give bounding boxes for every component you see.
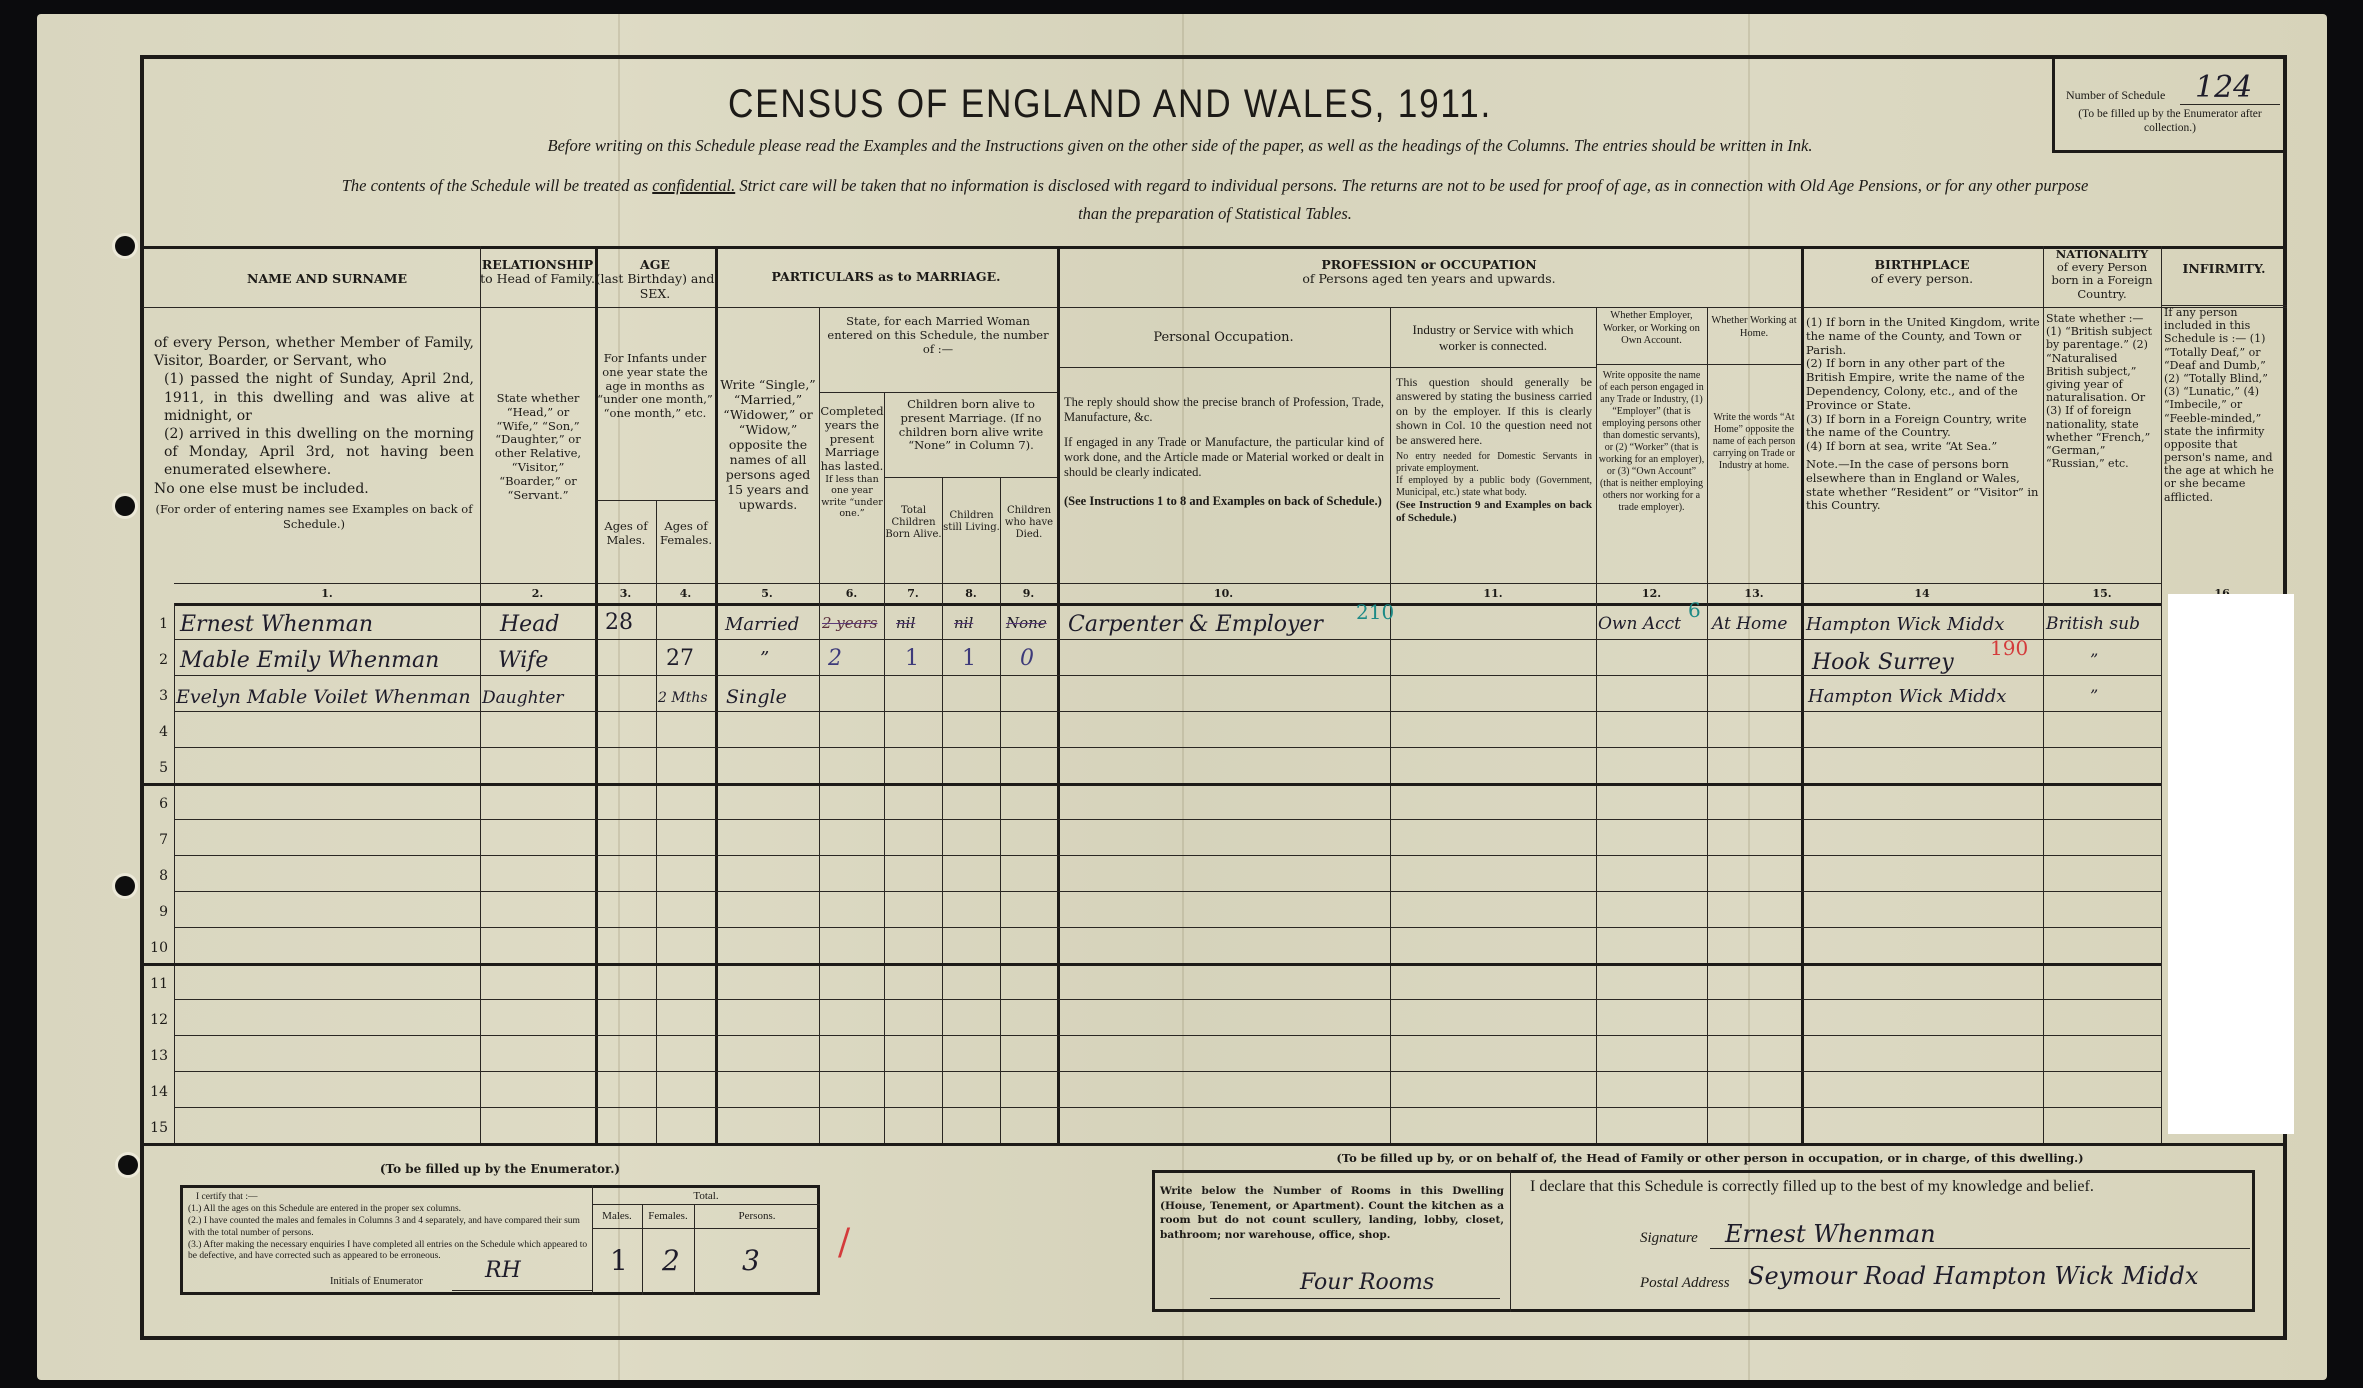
signature-underline — [1710, 1248, 2250, 1249]
head-of-family-heading: (To be filled up by, or on behalf of, th… — [1190, 1152, 2230, 1165]
header-years-married: Completed years the present Marriage has… — [820, 405, 884, 520]
rooms-divider — [1510, 1170, 1511, 1312]
redacted-infirmity-column — [2168, 594, 2294, 1134]
header-industry: Industry or Service with which worker is… — [1393, 322, 1593, 353]
header-infirmity: INFIRMITY. — [2161, 262, 2287, 276]
col-divider — [1707, 307, 1708, 1143]
person-name[interactable]: Ernest Whenman — [180, 612, 373, 637]
row-line — [174, 855, 2161, 856]
column-number: 5. — [715, 587, 819, 600]
punch-hole-icon — [115, 236, 135, 256]
red-check-mark: / — [838, 1222, 850, 1263]
header-relationship-desc: State whether “Head,” or “Wife,” “Son,” … — [484, 392, 592, 502]
person-occupation[interactable]: Carpenter & Employer — [1068, 612, 1323, 637]
header-marriage: PARTICULARS as to MARRIAGE. — [715, 270, 1057, 284]
header-age-desc: For Infants under one year state the age… — [597, 352, 713, 421]
header-profession: PROFESSION or OCCUPATION of Persons aged… — [1057, 258, 1801, 287]
rooms-value[interactable]: Four Rooms — [1300, 1270, 1434, 1295]
person-nationality[interactable]: ” — [2090, 686, 2098, 705]
total-label: Total. — [592, 1190, 820, 1203]
initials-label: Initials of Enumerator — [330, 1276, 423, 1289]
person-marital[interactable]: Married — [725, 614, 799, 635]
row-number: 2 — [140, 652, 168, 668]
person-name[interactable]: Evelyn Mable Voilet Whenman — [176, 686, 471, 708]
row-number: 9 — [140, 904, 168, 920]
column-number: 14 — [1801, 587, 2043, 600]
row-line — [174, 675, 2161, 676]
col-divider — [1000, 477, 1001, 1143]
header-employer: Whether Employer, Worker, or Working on … — [1598, 310, 1705, 348]
total-divider — [694, 1204, 695, 1295]
married-woman-divider — [819, 392, 1057, 393]
person-marital[interactable]: Single — [726, 686, 787, 708]
row-number: 6 — [140, 796, 168, 812]
person-children-total[interactable]: nil — [896, 614, 915, 632]
declaration: I declare that this Schedule is correctl… — [1530, 1178, 2094, 1196]
row-line-group — [143, 963, 2161, 966]
birthplace-code: 190 — [1990, 636, 2028, 660]
header-occupation-desc: The reply should show the precise branch… — [1064, 395, 1384, 509]
header-employer-desc: Write opposite the name of each person e… — [1598, 370, 1705, 514]
header-age-females: Ages of Females. — [657, 520, 715, 548]
person-relationship[interactable]: Head — [500, 612, 559, 637]
person-age-female[interactable]: 2 Mths — [658, 690, 708, 706]
row-number: 4 — [140, 724, 168, 740]
total-line — [592, 1204, 820, 1205]
header-divider — [143, 307, 2287, 308]
instruction-line: Before writing on this Schedule please r… — [330, 136, 2030, 156]
person-name[interactable]: Mable Emily Whenman — [180, 648, 439, 673]
header-age-males: Ages of Males. — [597, 520, 655, 548]
person-birthplace[interactable]: Hook Surrey — [1812, 650, 1954, 675]
column-number: 4. — [656, 587, 715, 600]
schedule-number-note: (To be filled up by the Enumerator after… — [2060, 108, 2280, 136]
header-infirmity-desc: If any person included in this Schedule … — [2164, 306, 2284, 504]
column-number: 1. — [174, 587, 480, 600]
row-line — [174, 711, 2161, 712]
punch-hole-icon — [115, 876, 135, 896]
column-number: 13. — [1707, 587, 1801, 600]
header-married-woman: State, for each Married Woman entered on… — [822, 315, 1054, 356]
header-nationality-desc: State whether :— (1) “British subject by… — [2046, 312, 2158, 470]
persons-total[interactable]: 3 — [742, 1244, 760, 1277]
age-sub-divider — [595, 500, 715, 501]
row-number: 11 — [140, 976, 168, 992]
row-number: 3 — [140, 688, 168, 704]
header-birthplace: BIRTHPLACE of every person. — [1801, 258, 2043, 287]
females-label: Females. — [642, 1210, 694, 1223]
initials-underline — [452, 1290, 592, 1291]
col-divider — [174, 603, 175, 1143]
males-label: Males. — [592, 1210, 642, 1223]
col-divider — [1057, 246, 1060, 1143]
rooms-instruction: Write below the Number of Rooms in this … — [1160, 1184, 1504, 1243]
row-line — [174, 639, 2161, 640]
postal-address-value[interactable]: Seymour Road Hampton Wick Middx — [1748, 1262, 2198, 1290]
confidential-word: confidential. — [652, 176, 735, 195]
header-name-desc: of every Person, whether Member of Famil… — [154, 334, 474, 532]
header-total-children: Total Children Born Alive. — [885, 505, 942, 541]
rooms-underline — [1210, 1298, 1500, 1299]
females-total[interactable]: 2 — [662, 1244, 680, 1277]
col-divider — [715, 246, 718, 1143]
row-line — [174, 1035, 2161, 1036]
person-relationship[interactable]: Wife — [498, 648, 548, 673]
person-children-living[interactable]: 1 — [962, 646, 976, 671]
row-line — [174, 891, 2161, 892]
row-line — [174, 1071, 2161, 1072]
punch-hole-icon — [118, 1155, 138, 1175]
row-line — [174, 999, 2161, 1000]
person-nationality[interactable]: British sub — [2046, 614, 2140, 634]
header-at-home-desc: Write the words “At Home” opposite the n… — [1709, 412, 1799, 472]
form-title: CENSUS OF ENGLAND AND WALES, 1911. — [626, 82, 1594, 127]
col-divider — [2161, 246, 2162, 1143]
employer-sub-divider — [1596, 364, 1801, 365]
header-marital-desc: Write “Single,” “Married,” “Widower,” or… — [720, 377, 816, 512]
table-bottom-border — [143, 1143, 2287, 1146]
column-number: 9. — [1000, 587, 1057, 600]
header-children-died: Children who have Died. — [1001, 505, 1057, 541]
signature-label: Signature — [1640, 1230, 1698, 1247]
persons-label: Persons. — [694, 1210, 820, 1223]
postal-address-label: Postal Address — [1640, 1275, 1730, 1292]
col-divider — [1390, 307, 1391, 1143]
column-number: 10. — [1057, 587, 1390, 600]
column-number: 2. — [480, 587, 595, 600]
col-divider — [2043, 246, 2044, 1143]
person-years-married[interactable]: 2 years — [822, 614, 877, 632]
row-line — [174, 927, 2161, 928]
row-number: 5 — [140, 760, 168, 776]
signature-value[interactable]: Ernest Whenman — [1725, 1220, 1936, 1248]
person-birthplace[interactable]: Hampton Wick Middx — [1808, 686, 2006, 707]
person-children-total[interactable]: 1 — [905, 646, 919, 671]
column-number: 3. — [595, 587, 656, 600]
col-divider — [480, 246, 481, 1143]
enumerator-certify: I certify that :— (1.) All the ages on t… — [188, 1192, 588, 1263]
row-number: 1 — [140, 616, 168, 632]
header-industry-desc: This question should generally be answer… — [1396, 375, 1592, 525]
col-divider — [942, 477, 943, 1143]
row-number: 10 — [140, 940, 168, 956]
person-years-married[interactable]: 2 — [828, 646, 842, 671]
col-divider — [1596, 307, 1597, 1143]
header-nationality: NATIONALITY of every Person born in a Fo… — [2043, 248, 2161, 301]
column-number: 6. — [819, 587, 884, 600]
header-birthplace-desc: (1) If born in the United Kingdom, write… — [1806, 316, 2040, 513]
table-top-border — [143, 246, 2287, 249]
header-children-living: Children still Living. — [943, 510, 1000, 534]
person-relationship[interactable]: Daughter — [482, 688, 564, 708]
person-children-died[interactable]: None — [1006, 614, 1047, 632]
total-line — [592, 1228, 820, 1229]
column-number: 8. — [942, 587, 1000, 600]
row-number: 15 — [140, 1120, 168, 1136]
person-age-male[interactable]: 28 — [605, 610, 633, 635]
occupation-sub-divider — [1057, 367, 1596, 368]
row-number: 8 — [140, 868, 168, 884]
header-name: NAME AND SURNAME — [174, 272, 480, 286]
row-line-group — [143, 783, 2161, 786]
person-employment-status[interactable]: Own Acct — [1598, 614, 1681, 634]
enumerator-heading: (To be filled up by the Enumerator.) — [300, 1163, 700, 1177]
confidential-notice-line2: than the preparation of Statistical Tabl… — [165, 204, 2265, 224]
row-number: 7 — [140, 832, 168, 848]
children-divider — [884, 477, 1057, 478]
person-nationality[interactable]: ” — [2090, 650, 2098, 669]
column-number-row-top — [174, 583, 2161, 584]
row-number: 12 — [140, 1012, 168, 1028]
row-line — [174, 1107, 2161, 1108]
header-relationship: RELATIONSHIP to Head of Family. — [480, 258, 595, 287]
schedule-number-label: Number of Schedule — [2066, 88, 2165, 102]
header-children: Children born alive to present Marriage.… — [886, 398, 1056, 453]
schedule-number-value[interactable]: 124 — [2195, 70, 2252, 105]
person-birthplace[interactable]: Hampton Wick Middx — [1806, 614, 2004, 635]
column-number: 7. — [884, 587, 942, 600]
employment-code: 6 — [1688, 598, 1701, 622]
row-line — [174, 747, 2161, 748]
person-children-living[interactable]: nil — [954, 614, 973, 632]
total-divider — [642, 1204, 643, 1295]
column-number-row-bottom — [174, 603, 2161, 606]
row-number: 13 — [140, 1048, 168, 1064]
confidential-notice: The contents of the Schedule will be tre… — [165, 176, 2265, 196]
occupation-code: 210 — [1356, 600, 1394, 624]
header-personal-occupation: Personal Occupation. — [1057, 330, 1390, 346]
person-age-female[interactable]: 27 — [666, 646, 694, 671]
row-number: 14 — [140, 1084, 168, 1100]
column-number: 11. — [1390, 587, 1596, 600]
header-at-home: Whether Working at Home. — [1709, 315, 1799, 340]
person-children-died[interactable]: 0 — [1020, 646, 1034, 671]
col-divider — [1801, 246, 1804, 1143]
row-line — [174, 819, 2161, 820]
initials-value[interactable]: RH — [485, 1258, 521, 1283]
person-marital[interactable]: ” — [760, 648, 769, 669]
person-at-home[interactable]: At Home — [1712, 614, 1787, 634]
column-number: 15. — [2043, 587, 2161, 600]
males-total[interactable]: 1 — [610, 1244, 628, 1277]
header-age: AGE (last Birthday) and SEX. — [595, 258, 715, 301]
punch-hole-icon — [115, 496, 135, 516]
